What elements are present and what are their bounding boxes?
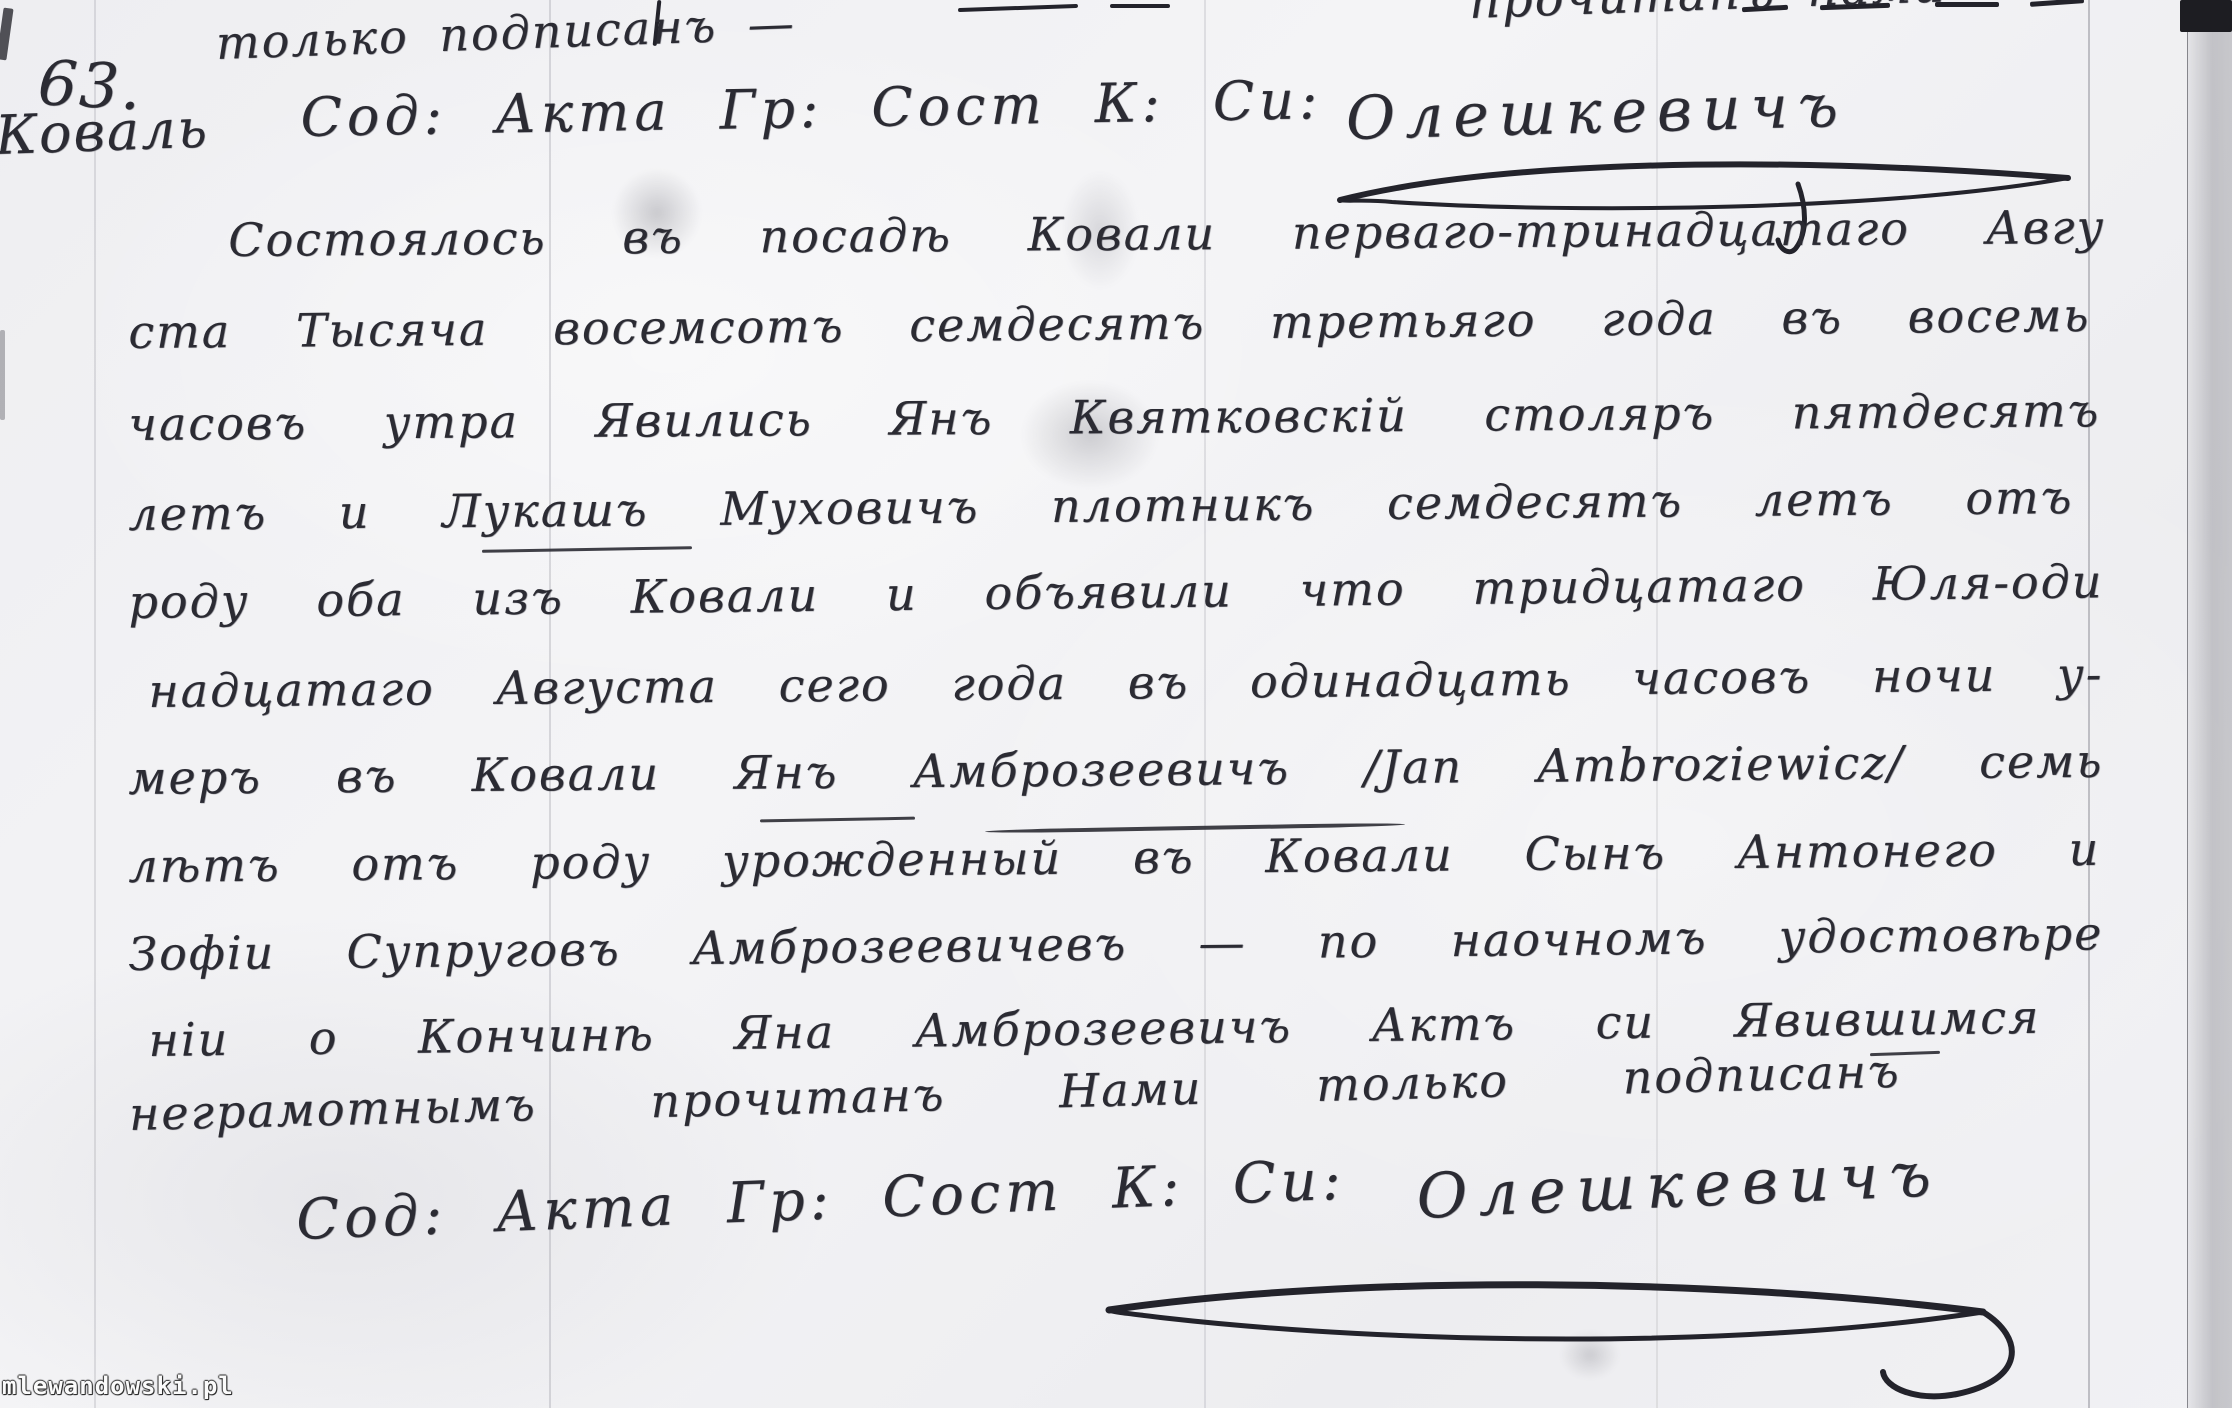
previous-record-fragment-right: прочитанъ нами	[1468, 0, 1947, 30]
manuscript-line: надцатаго Августа сего года въ одинадцат…	[148, 634, 2104, 733]
cutoff-flourish-dash	[1110, 4, 1170, 8]
scan-right-edge-band	[2187, 0, 2232, 1408]
registrar-name-top: Олешкевичъ	[1345, 71, 1849, 154]
manuscript-line: меръ въ Ковали Янъ Амброзеевичъ /Jan Amb…	[128, 721, 2104, 820]
scan-edge-mark	[0, 330, 5, 420]
fold-line	[94, 0, 96, 1408]
manuscript-line: ста Тысяча восемсотъ семдесятъ третьяго …	[128, 275, 2091, 374]
registrar-name-bottom: Олешкевичъ	[1415, 1137, 1943, 1233]
registrar-title-top: Сод: Акта Гр: Сост К: Си:	[300, 68, 1323, 149]
cutoff-flourish-dash	[958, 4, 1078, 12]
watermark-text: mlewandowski.pl	[2, 1372, 234, 1400]
signature-flourish-bottom	[1095, 1268, 2065, 1408]
previous-record-fragment-left: только подписанъ —	[215, 0, 796, 70]
manuscript-line: летъ и Лукашъ Муховичъ плотникъ семдесят…	[128, 457, 2074, 556]
cutoff-flourish-dash	[2030, 0, 2084, 7]
margin-place-name: Коваль	[0, 97, 210, 167]
registrar-title-bottom: Сод: Акта Гр: Сост К: Си:	[295, 1148, 1347, 1253]
manuscript-line: лѣтъ отъ роду урожденный въ Ковали Сынъ …	[128, 809, 2101, 908]
scanned-death-record-page: только подписанъ — прочитанъ нами 63. Ко…	[0, 0, 2232, 1408]
scan-corner-block	[2180, 0, 2232, 32]
manuscript-line: роду оба изъ Ковали и объявили что тридц…	[128, 541, 2104, 644]
manuscript-line: Состоялось въ посадѣ Ковали перваго-трин…	[228, 187, 2106, 282]
scan-edge-mark	[0, 8, 14, 61]
manuscript-line: часовъ утра Явились Янъ Квятковскій стол…	[128, 370, 2101, 466]
